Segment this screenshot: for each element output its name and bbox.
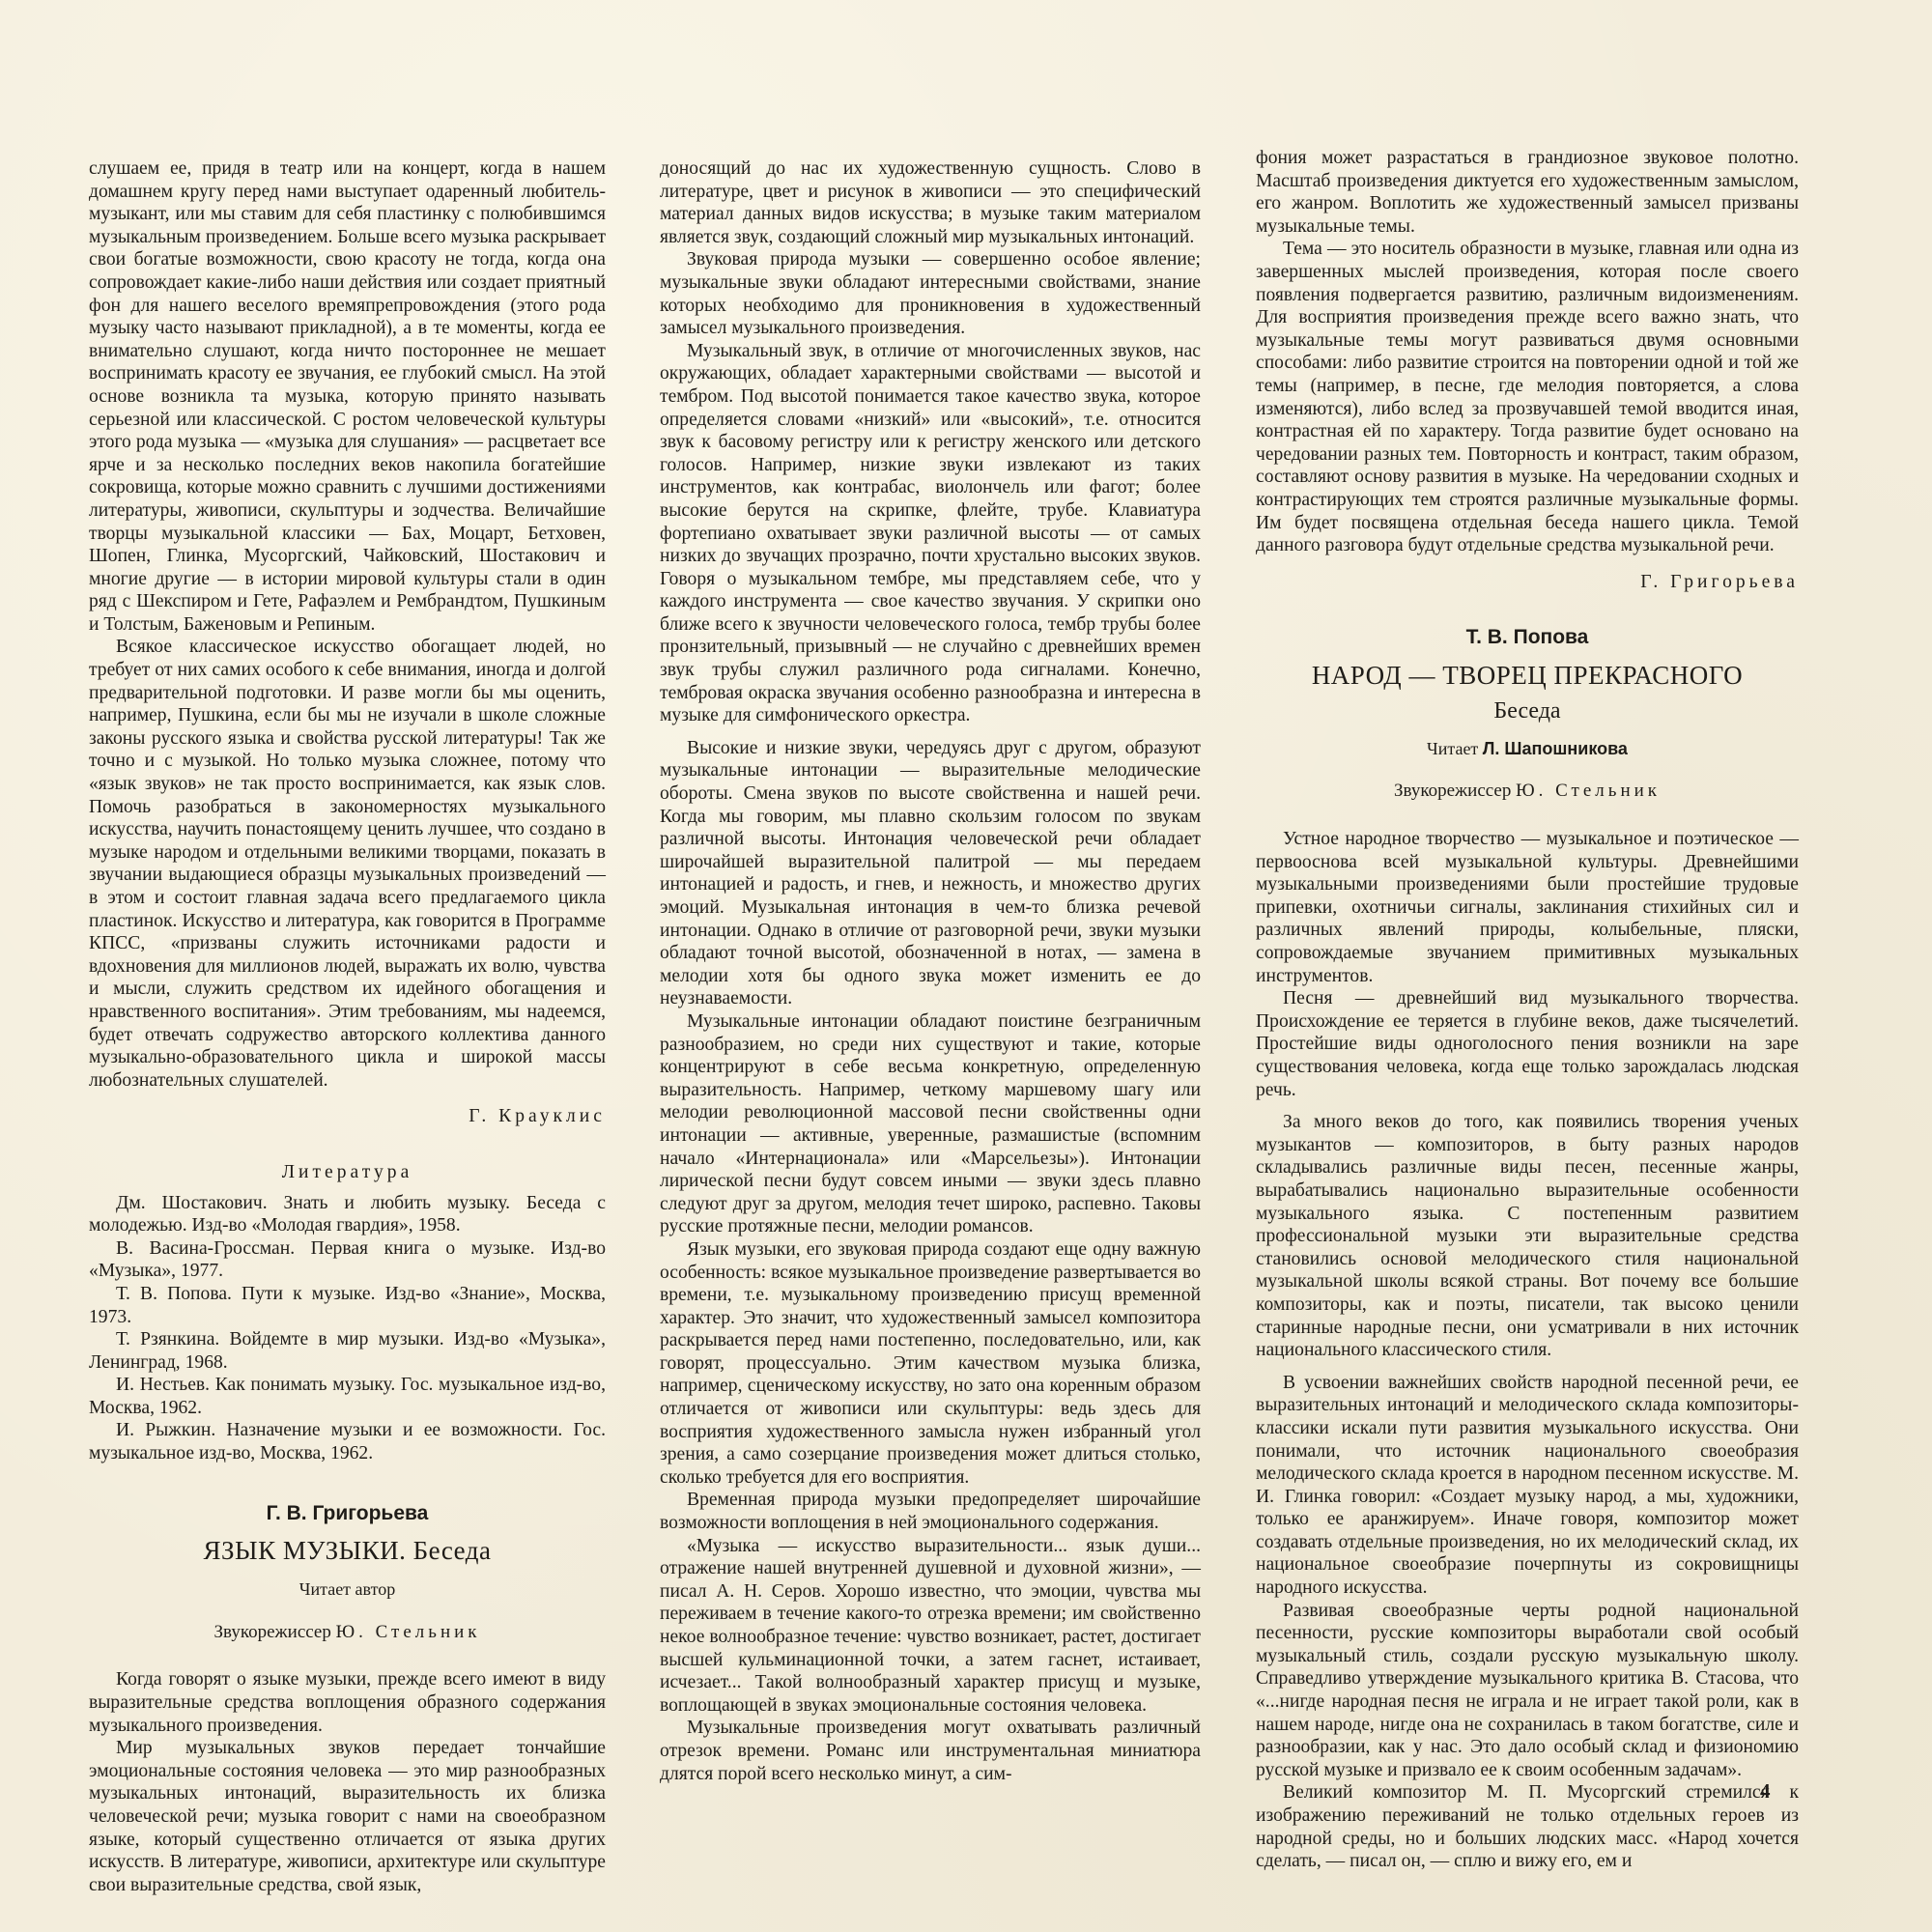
paragraph: Звуковая природа музыки — совершенно осо… [660,248,1201,339]
literature-item: И. Рыжкин. Назначение музыки и ее возмож… [89,1419,606,1464]
section-author: Т. В. Попова [1256,626,1799,649]
engineer-name: Ю. Стельник [1516,781,1661,801]
paragraph: слушаем ее, придя в театр или на концерт… [89,157,606,636]
column-2: доносящий до нас их художественную сущно… [660,157,1201,1785]
literature-item: Дм. Шостакович. Знать и любить музыку. Б… [89,1192,606,1237]
page-number: 4 [1760,1779,1771,1804]
sound-engineer-credit: Звукорежиссер Ю. Стельник [89,1621,606,1644]
literature-item: Т. В. Попова. Пути к музыке. Изд-во «Зна… [89,1283,606,1328]
paragraph: Песня — древнейший вид музыкального твор… [1256,987,1799,1101]
literature-item: В. Васина-Гроссман. Первая книга о музык… [89,1237,606,1283]
engineer-label: Звукорежиссер [1394,781,1511,801]
paragraph: Тема — это носитель образности в музыке,… [1256,238,1799,556]
paragraph: Музыкальные произведения могут охватыват… [660,1717,1201,1785]
literature-list: Дм. Шостакович. Знать и любить музыку. Б… [89,1192,606,1465]
section-author: Г. В. Григорьева [89,1502,606,1525]
paragraph: Временная природа музыки предопределяет … [660,1489,1201,1534]
paragraph: Когда говорят о языке музыки, прежде все… [89,1668,606,1737]
paragraph: В усвоении важнейших свойств народной пе… [1256,1372,1799,1600]
paragraph: Всякое классическое искусство обогащает … [89,636,606,1092]
reader-name: Л. Шапошникова [1483,739,1628,758]
literature-item: И. Нестьев. Как понимать музыку. Гос. му… [89,1374,606,1419]
engineer-label: Звукорежиссер [213,1622,330,1642]
paragraph: Высокие и низкие звуки, чередуясь друг с… [660,737,1201,1010]
column-1: слушаем ее, придя в театр или на концерт… [89,157,606,1896]
paragraph: Музыкальный звук, в отличие от многочисл… [660,340,1201,727]
paragraph: Музыкальные интонации обладают поистине … [660,1010,1201,1238]
paragraph: Язык музыки, его звуковая природа создаю… [660,1238,1201,1490]
engineer-name: Ю. Стельник [336,1622,481,1642]
paragraph: «Музыка — искусство выразительности... я… [660,1535,1201,1718]
sound-engineer-credit: Звукорежиссер Ю. Стельник [1256,780,1799,803]
section-subtitle: Беседа [1256,696,1799,726]
literature-heading: Литература [89,1161,606,1184]
paragraph: Мир музыкальных звуков передает тончайши… [89,1737,606,1896]
section-title: НАРОД — ТВОРЕЦ ПРЕКРАСНОГО [1256,659,1799,692]
paragraph: Развивая своеобразные черты родной нацио… [1256,1600,1799,1782]
paragraph: Устное народное творчество — музыкальное… [1256,828,1799,987]
paragraph: фония может разрастаться в грандиозное з… [1256,147,1799,238]
reader-credit: Читает автор [89,1578,606,1602]
reader-label: Читает [1427,739,1478,758]
signature: Г. Григорьева [1256,571,1799,594]
reader-credit: Читает Л. Шапошникова [1256,738,1799,761]
section-title: ЯЗЫК МУЗЫКИ. Беседа [89,1534,606,1567]
signature: Г. Крауклис [89,1105,606,1128]
paragraph: За много веков до того, как появились тв… [1256,1111,1799,1362]
literature-item: Т. Рзянкина. Войдемте в мир музыки. Изд-… [89,1328,606,1374]
paragraph: доносящий до нас их художественную сущно… [660,157,1201,248]
column-3: фония может разрастаться в грандиозное з… [1256,147,1799,1873]
paragraph: Великий композитор М. П. Мусоргский стре… [1256,1781,1799,1872]
